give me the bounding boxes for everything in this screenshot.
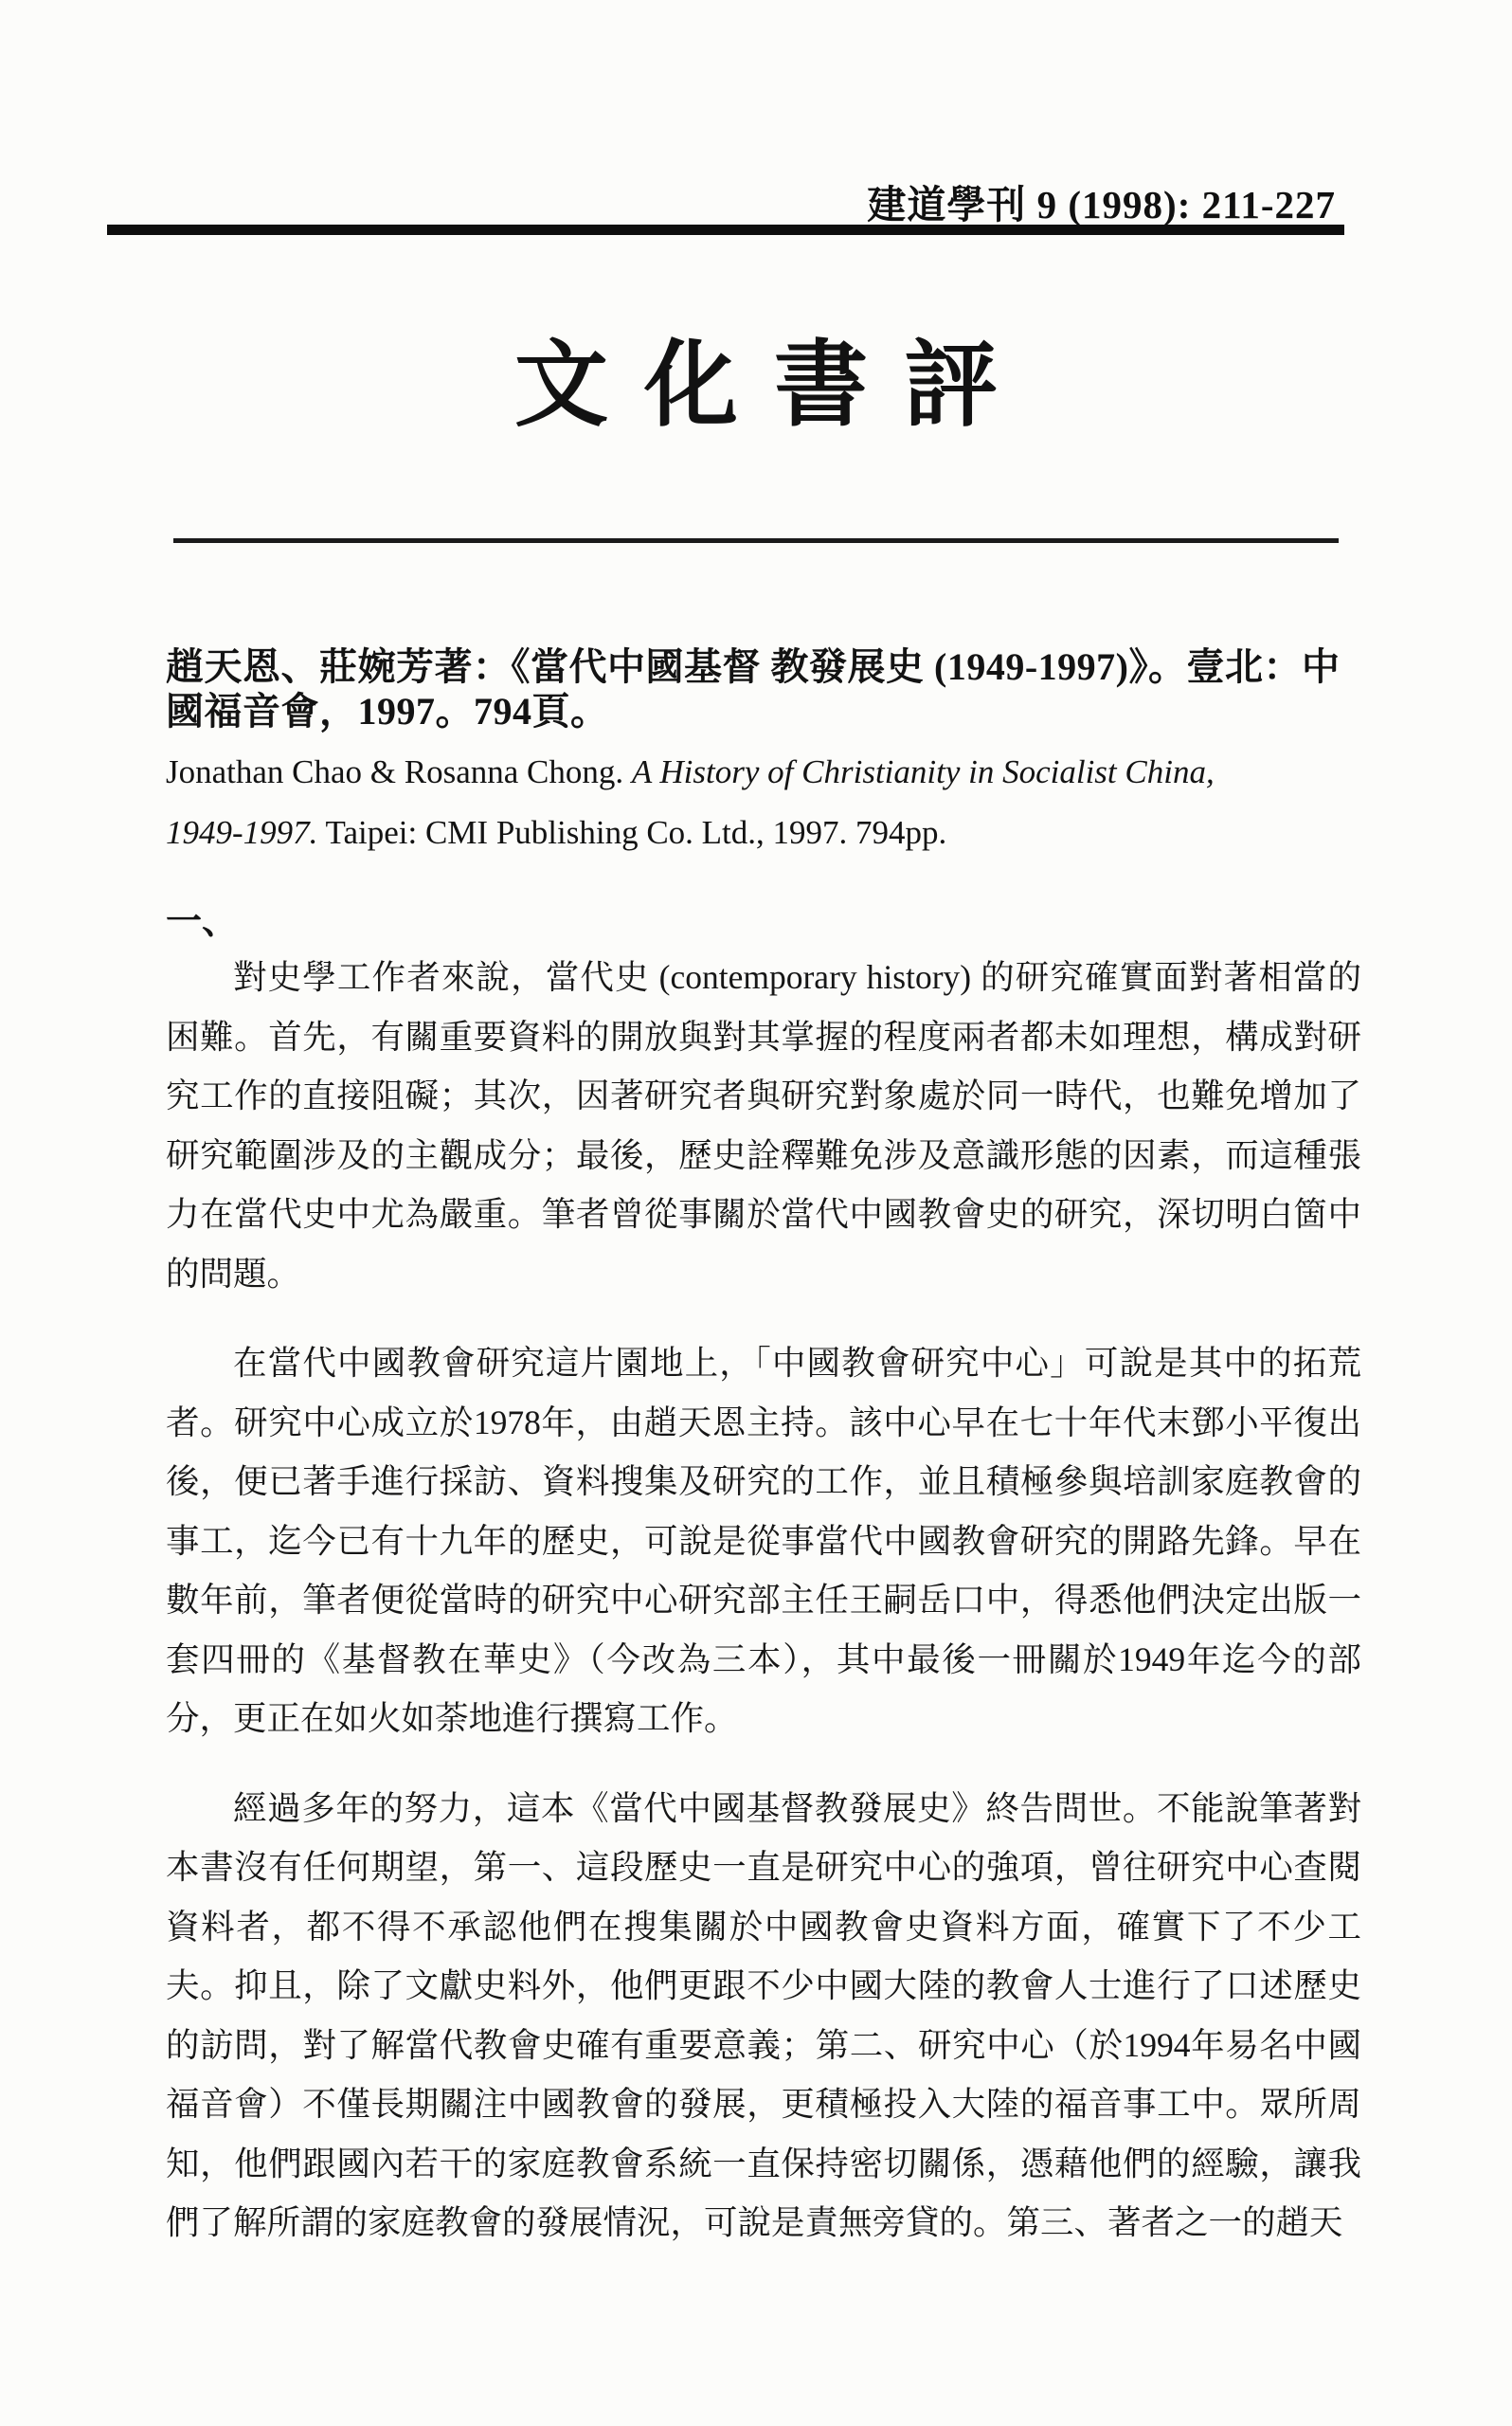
body-text: 對史學工作者來說，當代史 (contemporary history) 的研究確… <box>166 948 1361 2253</box>
body-paragraph-1: 對史學工作者來說，當代史 (contemporary history) 的研究確… <box>166 948 1361 1303</box>
bibliography-block: 趙天恩、莊婉芳著：《當代中國基督 教發展史 (1949-1997)》。壹北：中 … <box>166 644 1350 855</box>
bibliography-chinese-line-1: 趙天恩、莊婉芳著：《當代中國基督 教發展史 (1949-1997)》。壹北：中 <box>166 644 1350 689</box>
bibliography-english-authors: Jonathan Chao & Rosanna Chong. <box>166 753 632 790</box>
title-divider-rule <box>173 538 1339 543</box>
bibliography-chinese-line-2: 國福音會，1997。794頁。 <box>166 689 1350 733</box>
journal-header: 建道學刊 9 (1998): 211-227 <box>867 173 1336 229</box>
section-heading-one: 一、 <box>166 892 238 944</box>
page-title: 文化書評 <box>0 332 1512 438</box>
body-paragraph-2: 在當代中國教會研究這片園地上，「中國教會研究中心」可說是其中的拓荒者。研究中心成… <box>166 1333 1361 1748</box>
bibliography-english-book-years: 1949-1997. <box>166 814 317 851</box>
bibliography-english-line-2: 1949-1997. Taipei: CMI Publishing Co. Lt… <box>166 811 1350 855</box>
header-divider-rule <box>107 225 1344 235</box>
bibliography-english-line-1: Jonathan Chao & Rosanna Chong. A History… <box>166 751 1350 794</box>
bibliography-english-publisher: Taipei: CMI Publishing Co. Ltd., 1997. 7… <box>317 814 946 851</box>
body-paragraph-3: 經過多年的努力，這本《當代中國基督教發展史》終告問世。不能說筆著對本書沒有任何期… <box>166 1779 1361 2253</box>
journal-page: 建道學刊 9 (1998): 211-227 文化書評 趙天恩、莊婉芳著：《當代… <box>0 0 1512 2426</box>
bibliography-english-book-title: A History of Christianity in Socialist C… <box>632 753 1215 790</box>
